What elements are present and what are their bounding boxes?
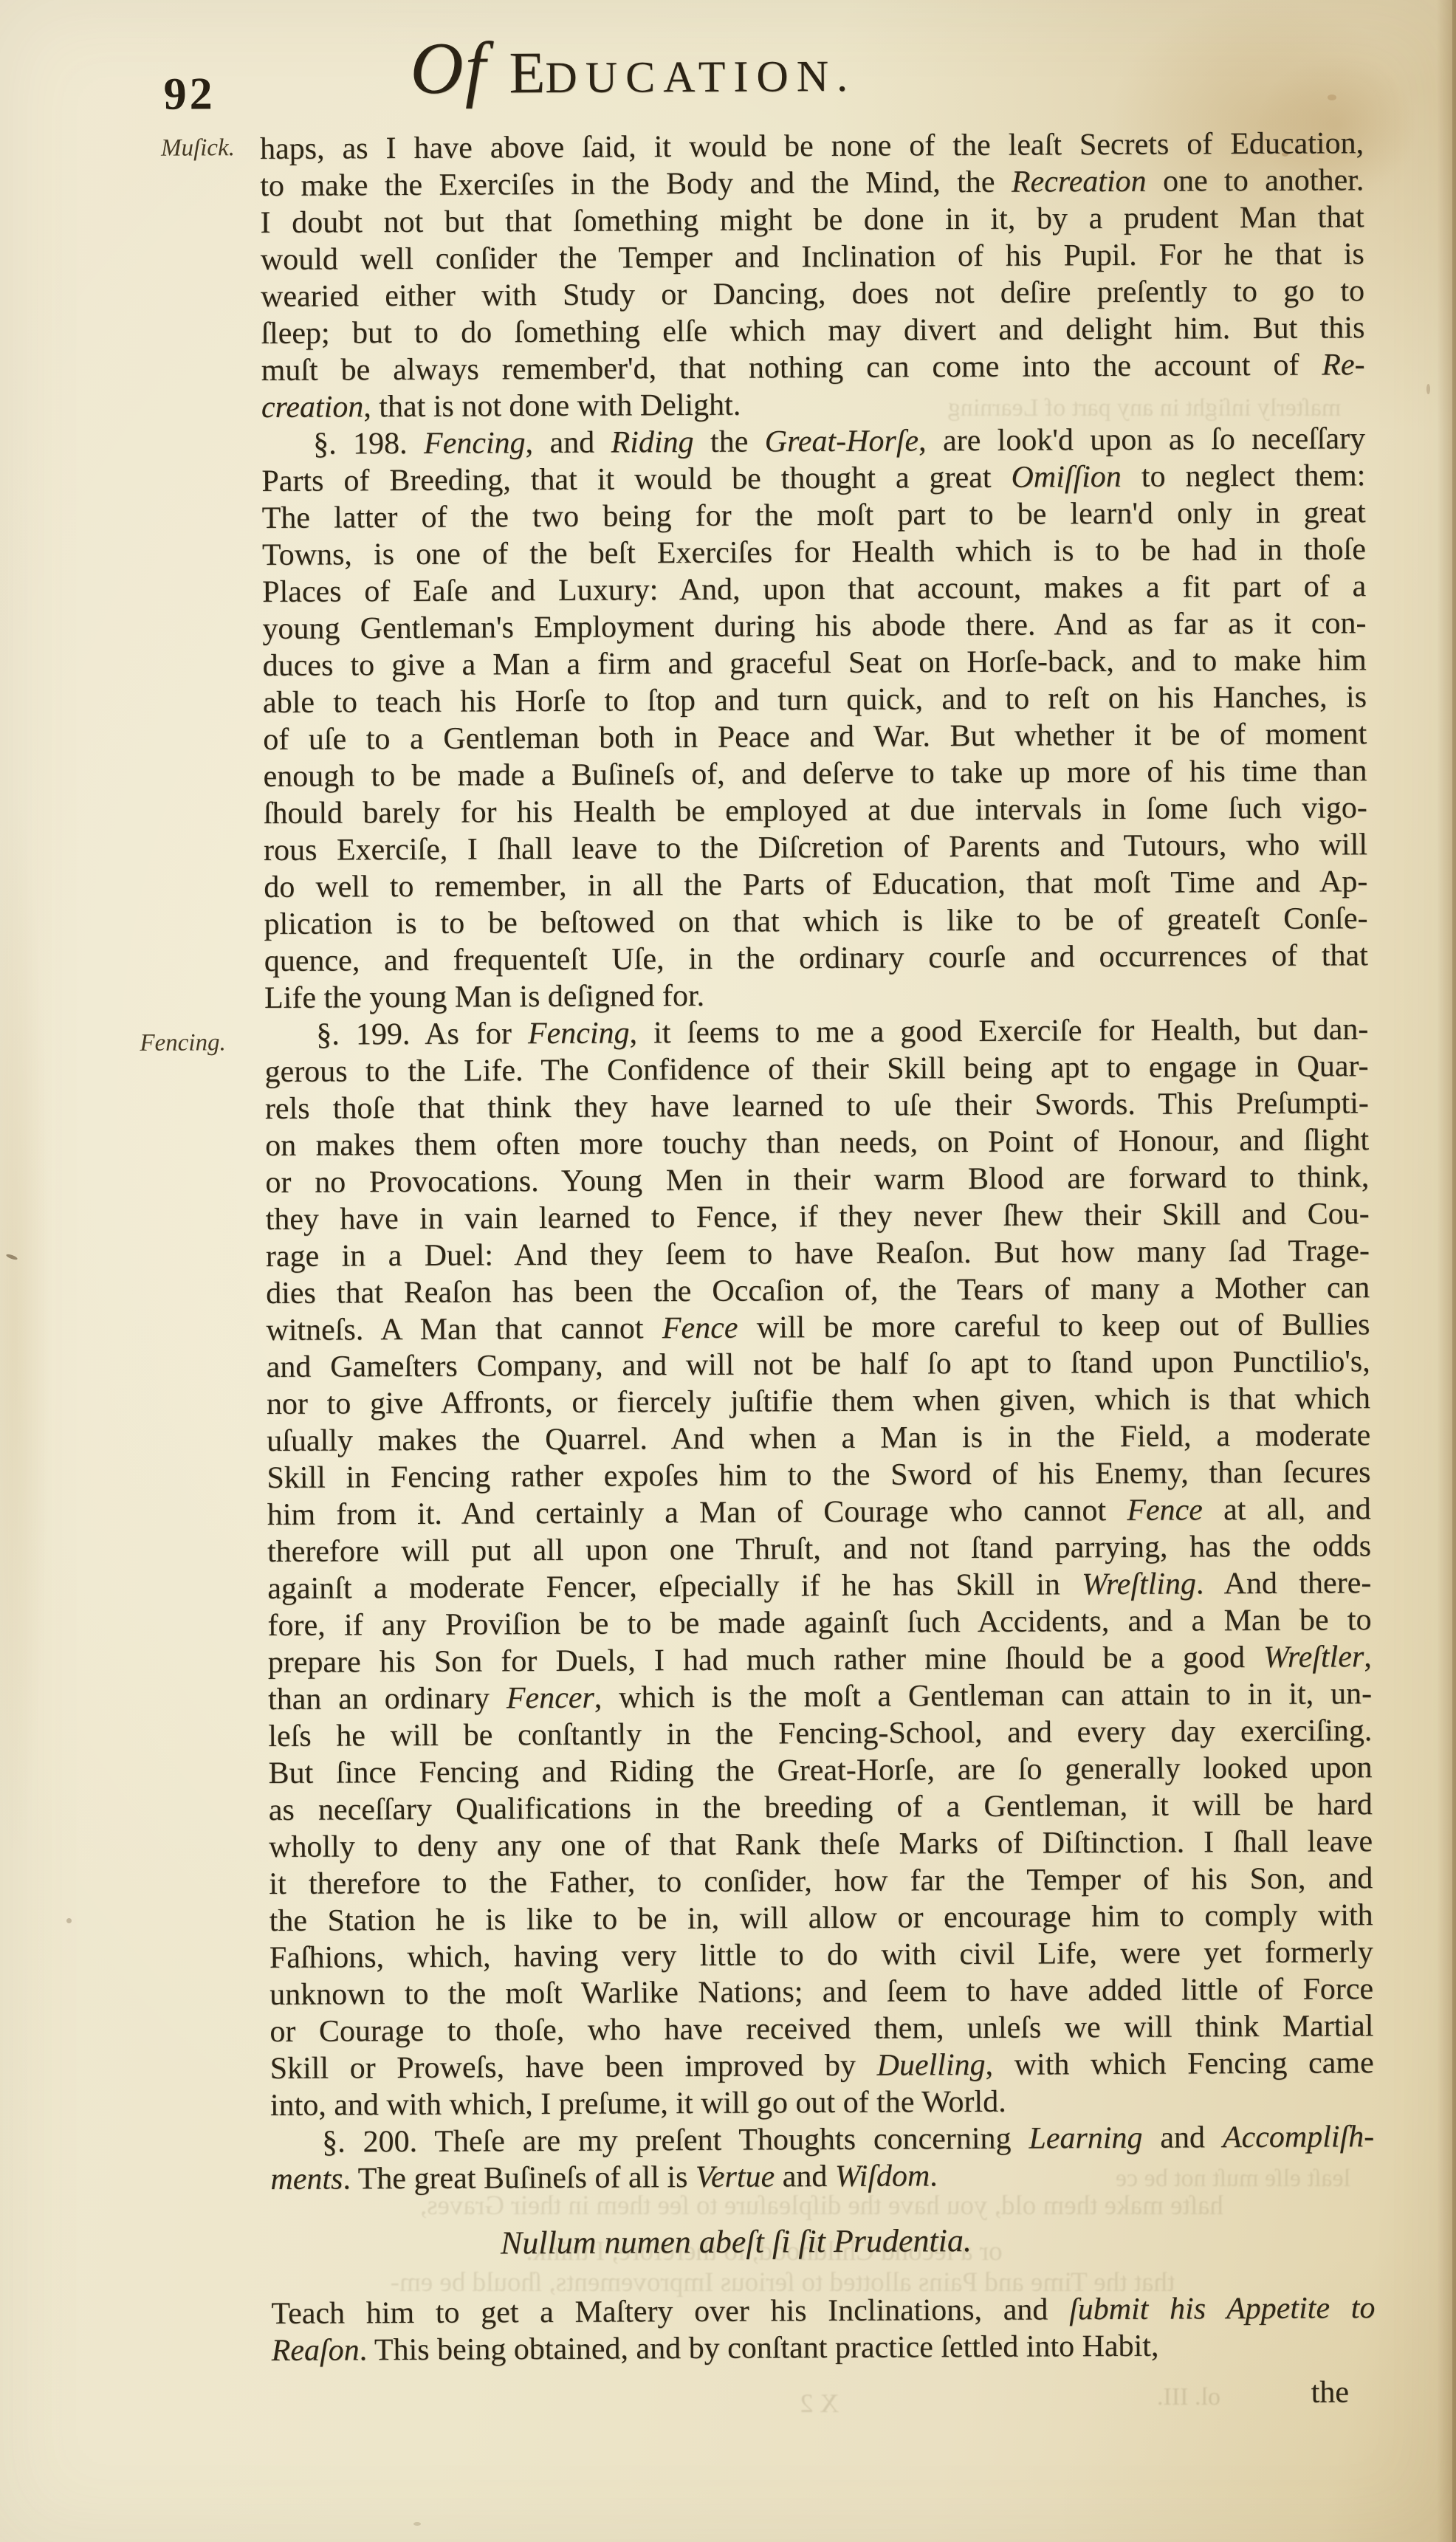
para-199-line: they have in vain learned to Fence, if t… [266,1195,1370,1238]
para-199-line: leſs he will be conſtantly in the Fencin… [268,1712,1372,1755]
para-final-line: Reaſon. This being obtained, and by conſ… [272,2326,1376,2369]
printed-content: 92 OfEDUCATION. Muſick. Fencing. the hap… [0,0,1456,2542]
para-final-line: Teach him to get a Maſtery over his Incl… [271,2289,1375,2332]
para-199-line: But ſince Fencing and Riding the Great-H… [268,1749,1372,1792]
para-197-continued-line: wearied either with Study or Dancing, do… [261,272,1364,315]
para-197-continued-line: ſleep; but to do ſomething elſe which ma… [261,309,1364,352]
para-198-line: Life the young Man is deſigned for. [264,974,1368,1017]
scan-page: maſterly inſight in any part of Learning… [0,0,1456,2542]
para-199-line: fore, if any Proviſion be to be made aga… [267,1601,1371,1644]
catchword: the [1311,2374,1350,2411]
para-197-continued-line: to make the Exerciſes in the Body and th… [260,162,1364,205]
para-199-line: gerous to the Life. The Confidence of th… [264,1048,1368,1090]
para-197-continued-line: I doubt not but that ſomething might be … [260,199,1364,241]
para-198-line: plication is to be beſtowed on that whic… [264,900,1367,943]
para-199-line: nor to give Affronts, or fiercely juſtif… [267,1380,1370,1423]
para-198-line: do well to remember, in all the Parts of… [264,863,1367,906]
para-198-line: rous Exerciſe, I ſhall leave to the Diſc… [264,826,1367,869]
para-198-line: Towns, is one of the beſt Exerciſes for … [262,531,1366,574]
para-199-line: than an ordinary Fencer, which is the mo… [268,1675,1372,1718]
para-198-line: duces to give a Man a firm and graceful … [263,642,1367,684]
para-198-line: Parts of Breeding, that it would be thou… [261,457,1365,500]
margin-note-musick: Muſick. [161,134,235,162]
para-199-line: therefore will put all upon one Thruſt, … [267,1528,1371,1570]
running-header-of: Of [410,27,487,109]
para-199-line: or Courage to thoſe, who have received t… [269,2007,1373,2050]
para-197-continued-line: creation, that is not done with Delight. [261,383,1365,426]
para-199-line: prepare his Son for Duels, I had much ra… [268,1638,1372,1681]
para-198-line: able to teach his Horſe to ſtop and turn… [263,679,1367,721]
para-200-line: ments. The great Buſineſs of all is Vert… [270,2155,1374,2198]
para-198-line: §. 198. Fencing, and Riding the Great-Ho… [261,420,1365,463]
para-199-line: him from it. And certainly a Man of Cour… [267,1491,1371,1533]
para-198-line: quence, and frequenteſt Uſe, in the ordi… [264,937,1368,980]
para-199-line: unknown to the moſt Warlike Nations; and… [269,1971,1373,2013]
para-199-line: into, and with which, I preſume, it will… [270,2081,1374,2124]
para-197-continued-line: muſt be always remember'd, that nothing … [261,346,1365,389]
para-199-line: wholly to deny any one of that Rank theſ… [269,1823,1373,1866]
para-199-line: as neceſſary Qualifications in the breed… [269,1786,1373,1829]
para-199-line: on makes them often more touchy than nee… [265,1121,1369,1164]
para-198-line: of uſe to a Gentleman both in Peace and … [263,715,1367,758]
running-header-title-rest: DUCATION. [545,52,856,102]
para-199-line: Faſhions, which, having very little to d… [269,1934,1373,1976]
text-block: the haps, as I have above ſaid, it would… [260,125,1376,2419]
para-199-line: dies that Reaſon has been the Occaſion o… [266,1269,1370,1312]
para-198-line: enough to be made a Buſineſs of, and deſ… [263,752,1367,795]
para-199-line: or no Provocations. Young Men in their w… [265,1158,1369,1201]
para-199-line: witneſs. A Man that cannot Fence will be… [266,1306,1370,1349]
para-199-line: it therefore to the Father, to conſider,… [269,1860,1373,1903]
para-199-line: §. 199. As for Fencing, it ſeems to me a… [264,1011,1368,1054]
para-198-line: ſhould barely for his Health be employed… [264,789,1367,832]
para-199-line: Skill in Fencing rather expoſes him to t… [267,1454,1370,1497]
margin-note-fencing: Fencing. [140,1029,226,1057]
para-199-line: the Station he is like to be in, will al… [269,1897,1373,1940]
para-198-line: young Gentleman's Employment during his … [262,605,1366,647]
para-199-line: rage in a Duel: And they ſeem to have Re… [266,1232,1370,1275]
running-header: OfEDUCATION. [410,24,856,111]
para-199-line: and Gameſters Company, and will not be h… [267,1343,1370,1386]
para-197-continued-line: haps, as I have above ſaid, it would be … [260,125,1364,168]
para-198-line: Places of Eaſe and Luxury: And, upon tha… [262,568,1366,611]
running-header-title-initial: E [509,41,545,106]
para-199-line: uſually makes the Quarrel. And when a Ma… [267,1417,1370,1460]
para-199-line: rels thoſe that think they have learned … [265,1085,1369,1127]
latin-quote-line: Nullum numen abeſt ſi ſit Prudentia. [271,2221,1201,2263]
para-199-line: againſt a moderate Fencer, eſpecially if… [267,1564,1371,1607]
para-198-line: The latter of the two being for the moſt… [262,494,1366,537]
para-199-line: Skill or Proweſs, have been improved by … [270,2044,1374,2087]
para-197-continued-line: would well conſider the Temper and Incli… [261,236,1364,278]
page-number: 92 [163,68,215,120]
para-200-line: §. 200. Theſe are my preſent Thoughts co… [270,2118,1374,2161]
